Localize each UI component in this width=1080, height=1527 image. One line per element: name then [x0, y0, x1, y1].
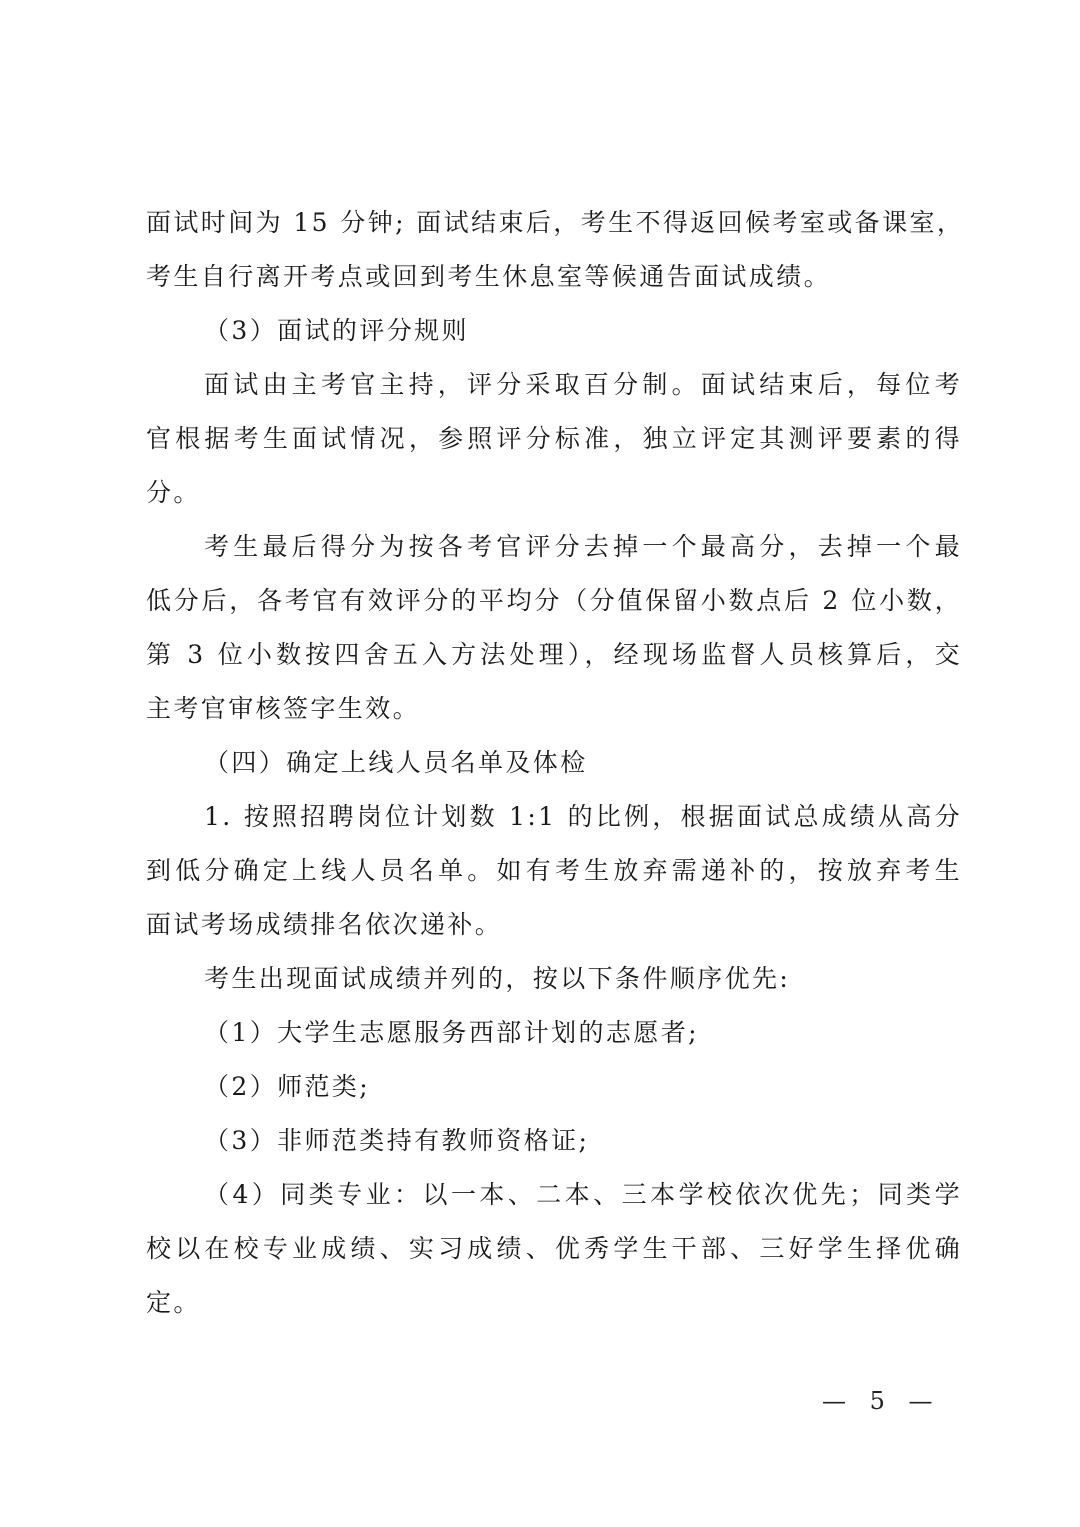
- text-line-2: 考生自行离开考点或回到考生休息室等候通告面试成绩。: [146, 262, 962, 292]
- text-line-7: 考生最后得分为按各考官评分去掉一个最高分，去掉一个最: [204, 532, 962, 562]
- list-item-3: （3）非师范类持有教师资格证;: [204, 1126, 962, 1156]
- text-line-5: 官根据考生面试情况，参照评分标准，独立评定其测评要素的得: [146, 424, 962, 454]
- text-line-21: 定。: [146, 1288, 962, 1318]
- list-item-2: （2）师范类;: [204, 1072, 962, 1102]
- text-line-1: 面试时间为 15 分钟; 面试结束后，考生不得返回候考室或备课室，: [146, 208, 962, 238]
- text-line-20: 校以在校专业成绩、实习成绩、优秀学生干部、三好学生择优确: [146, 1234, 962, 1264]
- text-line-8: 低分后，各考官有效评分的平均分（分值保留小数点后 2 位小数，: [146, 586, 962, 616]
- text-line-9: 第 3 位小数按四舍五入方法处理），经现场监督人员核算后，交: [146, 640, 962, 670]
- text-line-14: 面试考场成绩排名依次递补。: [146, 910, 962, 940]
- section-heading-confirm-list: （四）确定上线人员名单及体检: [204, 748, 962, 778]
- text-line-6: 分。: [146, 478, 962, 508]
- document-page: 面试时间为 15 分钟; 面试结束后，考生不得返回候考室或备课室， 考生自行离开…: [0, 0, 1080, 1527]
- list-item-4: （4）同类专业：以一本、二本、三本学校依次优先；同类学: [204, 1180, 962, 1210]
- text-line-15: 考生出现面试成绩并列的，按以下条件顺序优先:: [204, 964, 962, 994]
- section-heading-scoring-rules: （3）面试的评分规则: [204, 316, 962, 346]
- text-line-4: 面试由主考官主持，评分采取百分制。面试结束后，每位考: [204, 370, 962, 400]
- text-line-13: 到低分确定上线人员名单。如有考生放弃需递补的，按放弃考生: [146, 856, 962, 886]
- text-line-12: 1. 按照招聘岗位计划数 1:1 的比例，根据面试总成绩从高分: [204, 802, 962, 832]
- page-number: — 5 —: [822, 1386, 941, 1416]
- list-item-1: （1）大学生志愿服务西部计划的志愿者;: [204, 1018, 962, 1048]
- text-line-10: 主考官审核签字生效。: [146, 694, 962, 724]
